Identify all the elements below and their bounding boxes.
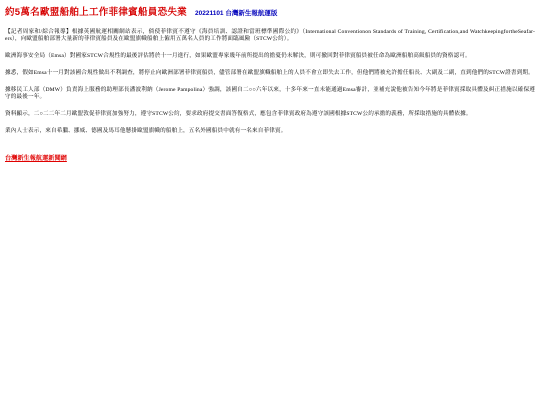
footer-link-row: 台灣新生報航運新聞網 [5,147,535,165]
news-article-page: 約5萬名歐盟船舶上工作菲律賓船員恐失業 20221101 台灣新生報航運版 【記… [0,0,540,165]
news-site-link[interactable]: 台灣新生報航運新聞網 [5,155,67,162]
article-paragraph: 歐洲海事安全局（Emsa）對國家STCW合規性的最後評估將於十一月進行，如果歐盟… [5,53,535,60]
article-paragraph: 據悉，假如Emsa十一月對該國合規性做出不利調查，將停止向歐洲部署菲律賓船員，儘… [5,70,535,77]
page-title: 約5萬名歐盟船舶上工作菲律賓船員恐失業 [5,7,187,18]
date-source-label: 20221101 台灣新生報航運版 [195,10,277,17]
article-paragraph: 業內人士表示，來自希臘、挪威、德國及馬耳他懸掛歐盟旗幟的船舶上，五名外國船員中就… [5,128,535,135]
article-paragraph: 【記者周家和/綜合報導】根據英國航運相關網站表示，倘使菲律賓不遵守《海員培訓、認… [5,29,535,43]
article-body: 【記者周家和/綜合報導】根據英國航運相關網站表示，倘使菲律賓不遵守《海員培訓、認… [5,29,535,135]
article-paragraph: 資料顯示，二○二二年二月歐盟敦促菲律賓加強努力，遵守STCW公約，要求政府提交書… [5,111,535,118]
article-paragraph: 據移民工人部（DMW）負責海上服務的助理部長潘波利納（Jerome Pampol… [5,87,535,101]
headline: 約5萬名歐盟船舶上工作菲律賓船員恐失業 20221101 台灣新生報航運版 [5,2,535,20]
